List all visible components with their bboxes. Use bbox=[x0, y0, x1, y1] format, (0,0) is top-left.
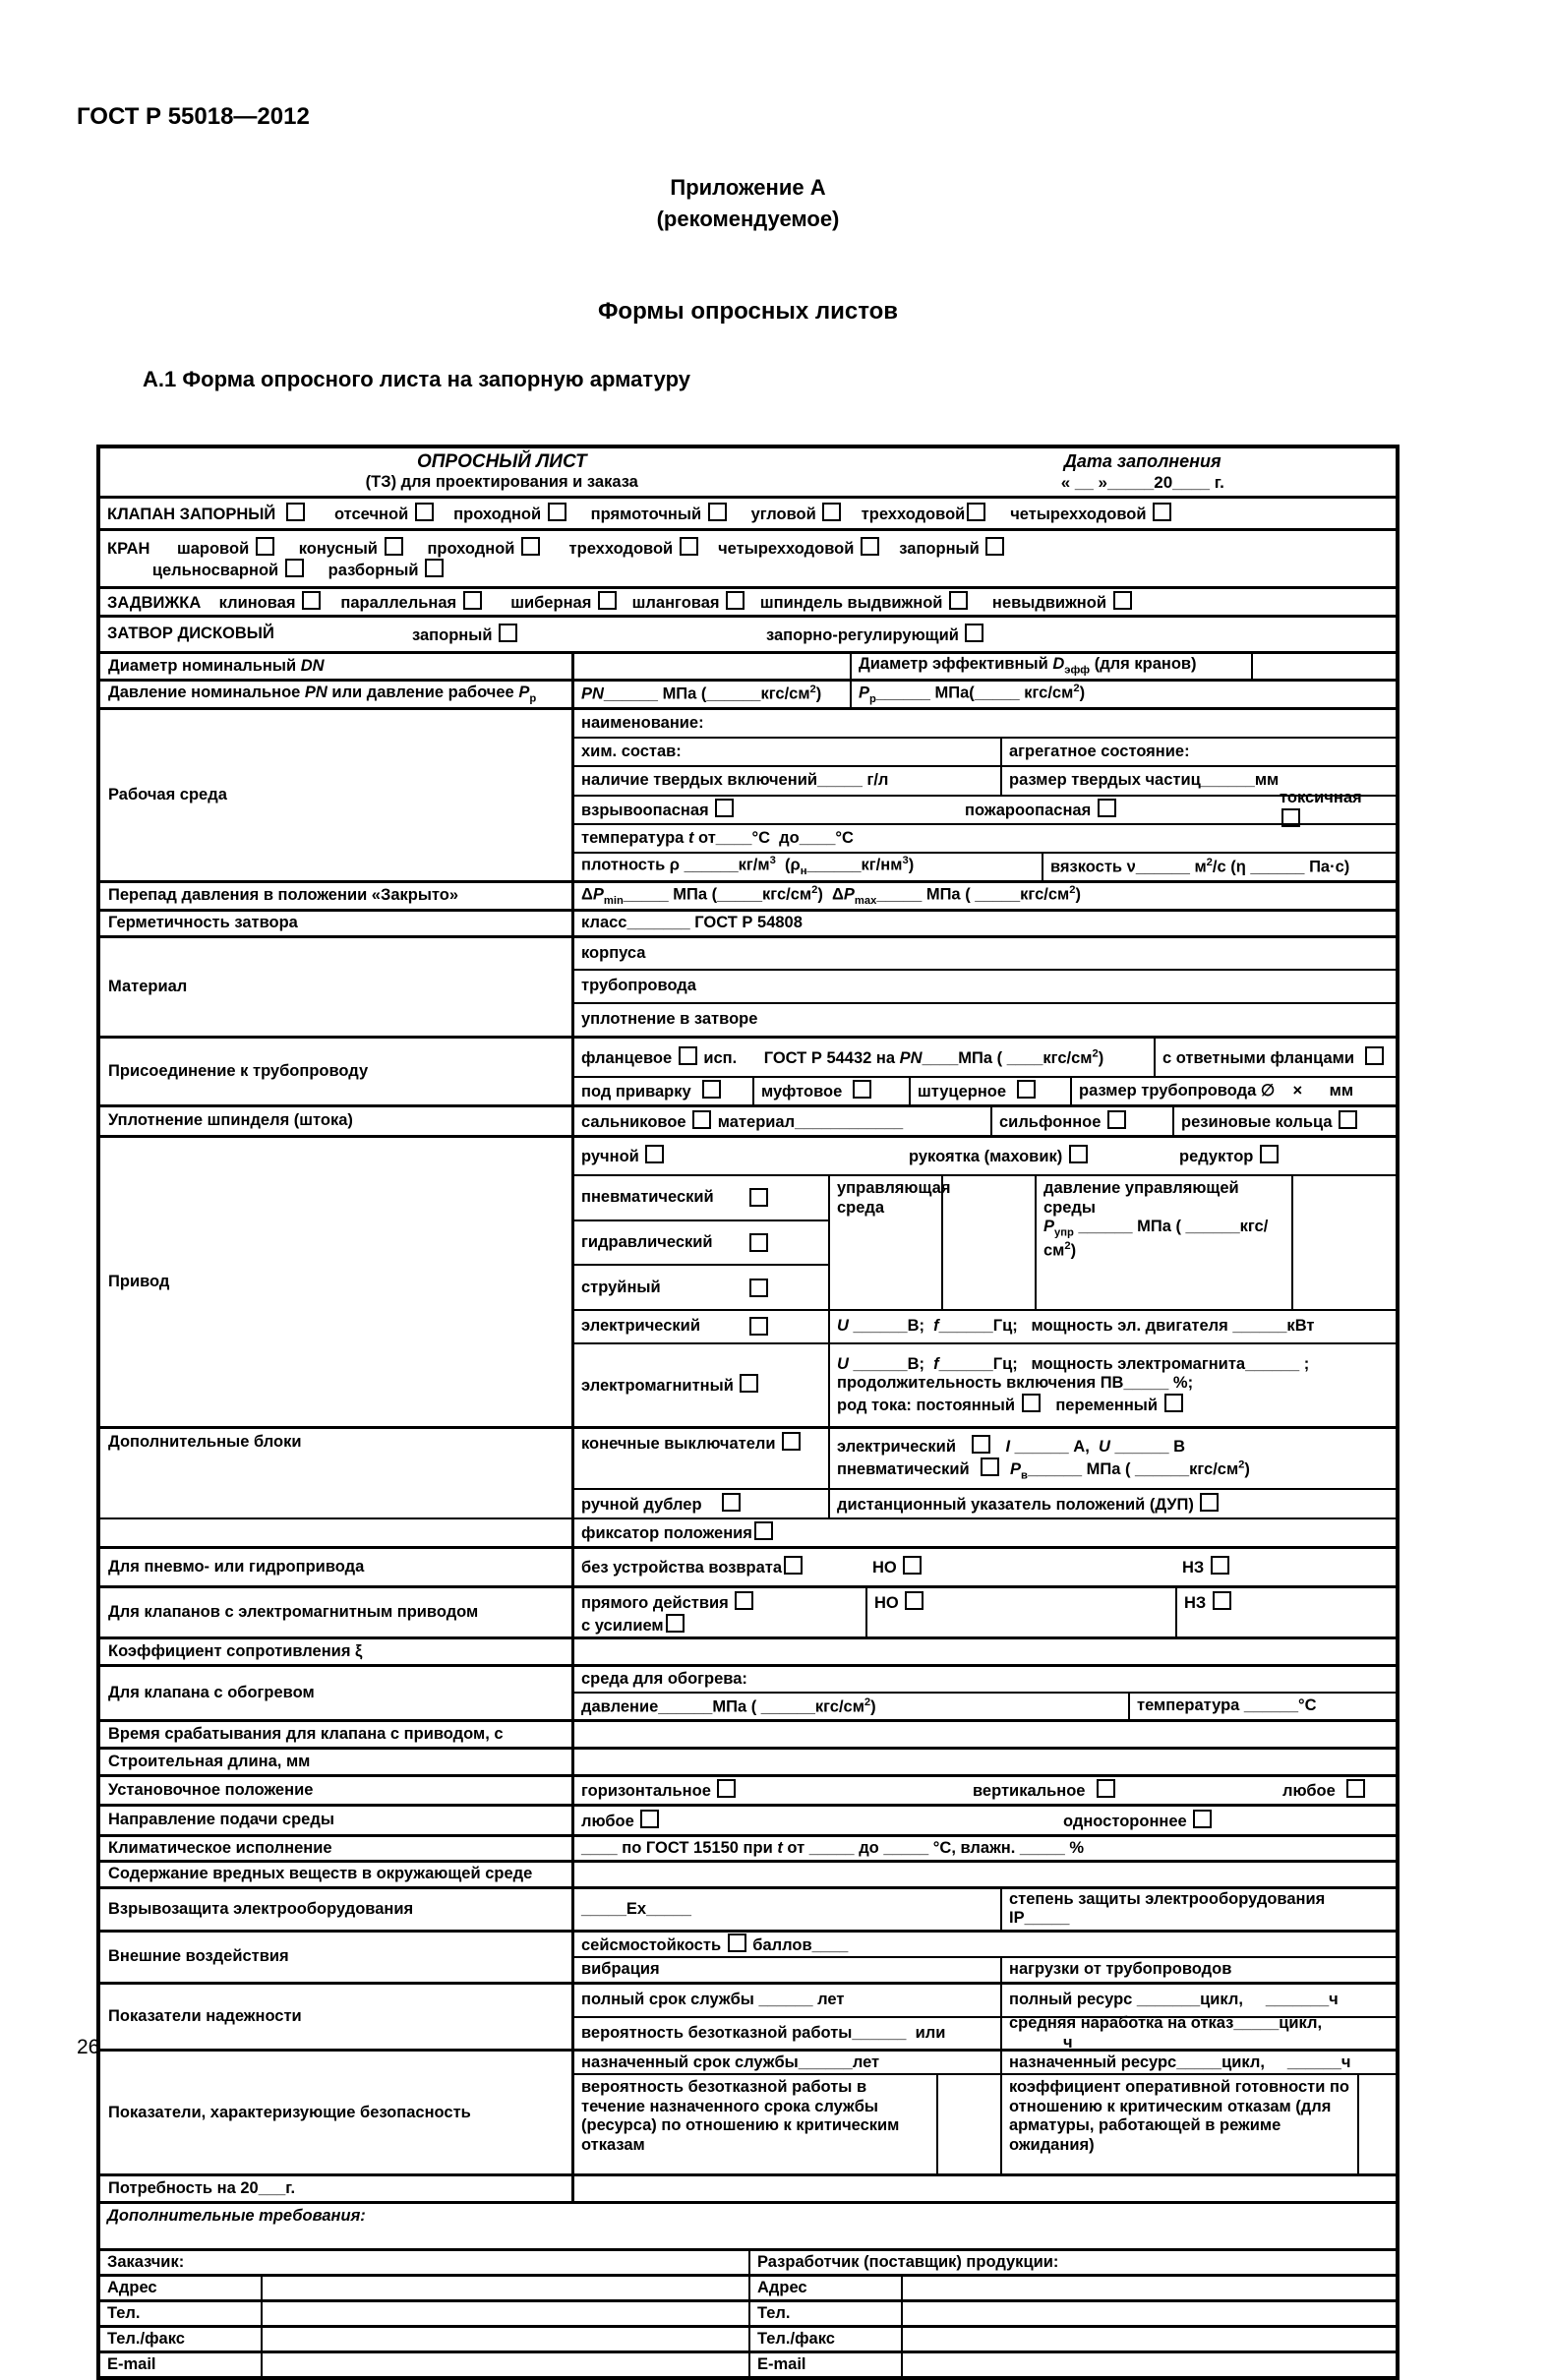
form-row-label: Герметичность затвора bbox=[100, 912, 571, 935]
checkbox[interactable] bbox=[782, 1432, 801, 1451]
form-cell: штуцерное bbox=[909, 1078, 1070, 1104]
form-row: хим. состав:агрегатное состояние: bbox=[574, 737, 1396, 765]
checkbox[interactable] bbox=[1339, 1110, 1357, 1129]
form-row-label: Взрывозащита электрооборудования bbox=[100, 1889, 571, 1930]
form-row: назначенный срок службы______летназначен… bbox=[574, 2052, 1396, 2073]
form-cell: сальниковое материал____________ bbox=[574, 1107, 990, 1135]
form-cell: без устройства возврата bbox=[574, 1549, 865, 1585]
form-cell: НО bbox=[865, 1549, 1175, 1585]
form-cell bbox=[574, 1639, 1396, 1664]
form-row-label: Потребность на 20___г. bbox=[100, 2176, 571, 2201]
form-row-label: Перепад давления в положении «Закрыто» bbox=[100, 883, 571, 909]
form-cell: НЗ bbox=[1175, 1549, 1396, 1585]
form-row: Диаметр эффективный Dэфф (для кранов) bbox=[574, 654, 1396, 679]
form-cell: конечные выключатели bbox=[574, 1429, 828, 1488]
form-cell: запорно-регулирующий bbox=[759, 618, 1396, 651]
checkbox[interactable] bbox=[1022, 1394, 1041, 1412]
form-cell: Разработчик (поставщик) продукции: bbox=[748, 2251, 1396, 2274]
checkbox[interactable] bbox=[715, 799, 734, 817]
form-row: горизонтальное вертикальное любое bbox=[574, 1777, 1396, 1804]
form-date-block: Дата заполнения « __ »_____20____ г. bbox=[904, 451, 1396, 492]
form-band: КЛАПАН ЗАПОРНЫЙ отсечной проходной прямо… bbox=[100, 496, 1396, 528]
checkbox[interactable] bbox=[1193, 1810, 1212, 1828]
form-cell: резиновые кольца bbox=[1172, 1107, 1396, 1135]
form-row: ручной рукоятка (маховик) редуктор bbox=[574, 1138, 1396, 1174]
checkbox[interactable] bbox=[1213, 1591, 1231, 1610]
appendix-subtitle: (рекомендуемое) bbox=[96, 204, 1400, 235]
checkbox[interactable] bbox=[679, 1046, 697, 1065]
form-row: ____ по ГОСТ 15150 при t от _____ до ___… bbox=[574, 1837, 1396, 1860]
form-cell: фланцевое исп. ГОСТ Р 54432 на PN____МПа… bbox=[574, 1039, 1154, 1076]
form-row: ЗАТВОР ДИСКОВЫЙзапорный запорно-регулиру… bbox=[100, 618, 1396, 651]
form-cell: горизонтальное bbox=[574, 1777, 966, 1804]
form-band: Направление подачи средылюбое односторон… bbox=[100, 1804, 1396, 1834]
form-cell: Адрес bbox=[100, 2277, 261, 2299]
checkbox[interactable] bbox=[985, 537, 1004, 556]
form-cell: ручной дублер bbox=[574, 1490, 828, 1517]
form-date-label: Дата заполнения bbox=[904, 451, 1382, 472]
checkbox[interactable] bbox=[708, 503, 727, 521]
checkbox[interactable] bbox=[286, 503, 305, 521]
form-cell: E-mail bbox=[748, 2353, 901, 2376]
form-row bbox=[574, 1750, 1396, 1774]
form-cell: класс_______ ГОСТ Р 54808 bbox=[574, 912, 1396, 935]
form-row-label: Уплотнение шпинделя (штока) bbox=[100, 1107, 571, 1135]
checkbox[interactable] bbox=[735, 1591, 753, 1610]
form-cell: управляющая среда bbox=[828, 1176, 941, 1309]
form-band: Потребность на 20___г. bbox=[100, 2173, 1396, 2201]
form-cell: давление управляющей средыPупр ______ МП… bbox=[1035, 1176, 1291, 1309]
form-row: ручной дублер дистанционный указатель по… bbox=[574, 1488, 1396, 1517]
checkbox[interactable] bbox=[853, 1080, 871, 1099]
checkbox[interactable] bbox=[415, 503, 434, 521]
form-cell: редуктор bbox=[1172, 1138, 1396, 1174]
form-cell: пневматический гидравлический струйный bbox=[574, 1176, 828, 1309]
form-row-label: Для пневмо- или гидропривода bbox=[100, 1549, 571, 1585]
form-cell: Тел. bbox=[100, 2302, 261, 2325]
form-cell: электромагнитный bbox=[574, 1344, 828, 1426]
form-cell: НЗ bbox=[1175, 1588, 1396, 1636]
checkbox[interactable] bbox=[1211, 1556, 1229, 1575]
form-row-label: Направление подачи среды bbox=[100, 1807, 571, 1834]
checkbox[interactable] bbox=[598, 591, 617, 610]
checkbox[interactable] bbox=[949, 591, 968, 610]
form-cell: трубопровода bbox=[574, 971, 1396, 1002]
checkbox[interactable] bbox=[905, 1591, 923, 1610]
checkbox[interactable] bbox=[749, 1233, 768, 1252]
form-row: сальниковое материал____________сильфонн… bbox=[574, 1107, 1396, 1135]
form-cell: температура t от____°С до____°С bbox=[574, 825, 1396, 852]
form-cell: ЗАТВОР ДИСКОВЫЙ bbox=[100, 618, 405, 651]
form-cell: одностороннее bbox=[1056, 1807, 1396, 1834]
form-cell: PN______ МПа (______кгс/см2) bbox=[574, 682, 850, 708]
checkbox[interactable] bbox=[702, 1080, 721, 1099]
form-subtitle: (ТЗ) для проектирования и заказа bbox=[100, 473, 904, 492]
form-band: Для пневмо- или гидроприводабез устройст… bbox=[100, 1546, 1396, 1585]
form-row bbox=[574, 1863, 1396, 1885]
form-row: электрический U ______В; f______Гц; мощн… bbox=[574, 1309, 1396, 1342]
form-title: ОПРОСНЫЙ ЛИСТ bbox=[100, 451, 904, 473]
checkbox[interactable] bbox=[640, 1810, 659, 1828]
form-cell: Заказчик: bbox=[100, 2251, 748, 2274]
checkbox[interactable] bbox=[645, 1145, 664, 1163]
form-cell: сильфонное bbox=[990, 1107, 1172, 1135]
form-cell: вероятность безотказной работы в течение… bbox=[574, 2075, 936, 2173]
checkbox[interactable] bbox=[1200, 1493, 1219, 1512]
checkbox[interactable] bbox=[967, 503, 985, 521]
form-cell: плотность ρ ______кг/м3 (ρн______кг/нм3) bbox=[574, 854, 1042, 880]
form-band: Содержание вредных веществ в окружающей … bbox=[100, 1860, 1396, 1885]
form-row: ΔPmin_____ МПа (_____кгс/см2) ΔPmax_____… bbox=[574, 883, 1396, 909]
form-cell bbox=[941, 1176, 1035, 1309]
form-band: Приводручной рукоятка (маховик) редуктор… bbox=[100, 1135, 1396, 1426]
checkbox[interactable] bbox=[1346, 1779, 1365, 1798]
form-row: вероятность безотказной работы______ или… bbox=[574, 2016, 1396, 2049]
form-row: электромагнитный U ______В; f______Гц; м… bbox=[574, 1342, 1396, 1426]
form-row-label: Климатическое исполнение bbox=[100, 1837, 571, 1860]
form-row: _____Ех_____степень защиты электрооборуд… bbox=[574, 1889, 1396, 1930]
form-row: вибрациянагрузки от трубопроводов bbox=[574, 1956, 1396, 1982]
form-cell: давление______МПа ( ______кгс/см2) bbox=[574, 1694, 1128, 1719]
checkbox[interactable] bbox=[385, 537, 403, 556]
checkbox[interactable] bbox=[548, 503, 566, 521]
form-cell: назначенный ресурс_____цикл, ______ч bbox=[1000, 2052, 1396, 2073]
form-row-label bbox=[100, 1519, 571, 1546]
checkbox[interactable] bbox=[861, 537, 879, 556]
form-band: Рабочая среданаименование:хим. состав:аг… bbox=[100, 707, 1396, 880]
form-cell: _____Ех_____ bbox=[574, 1889, 1000, 1930]
checkbox[interactable] bbox=[1098, 799, 1116, 817]
checkbox[interactable] bbox=[740, 1374, 758, 1393]
form-cell: Адрес bbox=[748, 2277, 901, 2299]
form-cell: среда для обогрева: bbox=[574, 1667, 1396, 1692]
form-row: ЗАДВИЖКА клиновая параллельная шиберная … bbox=[100, 589, 1396, 615]
form-row: давление______МПа ( ______кгс/см2)темпер… bbox=[574, 1692, 1396, 1719]
form-cell: температура ______°С bbox=[1128, 1694, 1396, 1719]
form-row-label: Материал bbox=[100, 938, 571, 1036]
form-row bbox=[574, 1639, 1396, 1664]
form-band: КРАН шаровой конусный проходной трехходо… bbox=[100, 528, 1396, 586]
form-row: пневматический гидравлический струйный у… bbox=[574, 1174, 1396, 1309]
form-cell: Тел. bbox=[748, 2302, 901, 2325]
form-cell bbox=[261, 2353, 748, 2376]
form-row: наличие твердых включений_____ г/лразмер… bbox=[574, 765, 1396, 794]
checkbox[interactable] bbox=[1097, 1779, 1115, 1798]
form-row: среда для обогрева: bbox=[574, 1667, 1396, 1692]
form-row-label: Содержание вредных веществ в окружающей … bbox=[100, 1863, 571, 1885]
form-cell: ΔPmin_____ МПа (_____кгс/см2) ΔPmax_____… bbox=[574, 883, 1396, 909]
form-row-label: Установочное положение bbox=[100, 1777, 571, 1804]
checkbox[interactable] bbox=[302, 591, 321, 610]
checkbox[interactable] bbox=[463, 591, 482, 610]
form-band: Герметичность затворакласс_______ ГОСТ Р… bbox=[100, 909, 1396, 935]
form-row: сейсмостойкость баллов____ bbox=[574, 1933, 1396, 1956]
form-cell bbox=[901, 2353, 1396, 2376]
form-band: Дополнительные блокиконечные выключатели… bbox=[100, 1426, 1396, 1517]
form-row-label: Для клапана с обогревом bbox=[100, 1667, 571, 1719]
form-band: Уплотнение шпинделя (штока)сальниковое м… bbox=[100, 1104, 1396, 1135]
subsection-title: А.1 Форма опросного листа на запорную ар… bbox=[143, 367, 690, 392]
form-row-label: Привод bbox=[100, 1138, 571, 1426]
checkbox[interactable] bbox=[972, 1435, 990, 1454]
form-date-line[interactable]: « __ »_____20____ г. bbox=[904, 473, 1382, 493]
checkbox[interactable] bbox=[981, 1458, 999, 1476]
form-band: Заказчик:Разработчик (поставщик) продукц… bbox=[100, 2248, 1396, 2274]
form-header-main: ОПРОСНЫЙ ЛИСТ (ТЗ) для проектирования и … bbox=[100, 451, 904, 493]
form-band: Для клапанов с электромагнитным приводом… bbox=[100, 1585, 1396, 1636]
form-cell bbox=[1291, 1176, 1396, 1309]
form-band: Для клапана с обогревомсреда для обогрев… bbox=[100, 1664, 1396, 1719]
form-row: любое одностороннее bbox=[574, 1807, 1396, 1834]
form-row: фиксатор положения bbox=[574, 1519, 1396, 1546]
form-band: АдресАдрес bbox=[100, 2274, 1396, 2299]
form-cell bbox=[574, 1722, 1396, 1747]
form-cell: электрический I ______ А, U ______ Впнев… bbox=[828, 1429, 1396, 1488]
form-band: E-mailE-mail bbox=[100, 2350, 1396, 2376]
form-band: Тел./факсТел./факс bbox=[100, 2325, 1396, 2350]
form-cell: Диаметр эффективный Dэфф (для кранов) bbox=[850, 654, 1251, 679]
checkbox[interactable] bbox=[1069, 1145, 1088, 1163]
checkbox[interactable] bbox=[285, 559, 304, 577]
form-cell: Pр______ МПа(_____ кгс/см2) bbox=[850, 682, 1396, 708]
form-row: прямого действия с усилиемНО НЗ bbox=[574, 1588, 1396, 1636]
form-row: АдресАдрес bbox=[100, 2277, 1396, 2299]
form-cell: ЗАДВИЖКА клиновая параллельная шиберная … bbox=[100, 589, 1396, 615]
checkbox[interactable] bbox=[749, 1279, 768, 1297]
form-cell bbox=[1357, 2075, 1396, 2173]
form-cell: с ответными фланцами bbox=[1154, 1039, 1396, 1076]
checkbox[interactable] bbox=[1153, 503, 1171, 521]
form-row-label: Показатели, характеризующие безопасность bbox=[100, 2052, 571, 2173]
form-cell bbox=[901, 2328, 1396, 2350]
form-band: Материалкорпусатрубопроводауплотнение в … bbox=[100, 935, 1396, 1036]
form-cell: полный срок службы ______ лет bbox=[574, 1985, 1000, 2015]
form-cell: вероятность безотказной работы______ или bbox=[574, 2018, 1000, 2049]
form-row: Тел./факсТел./факс bbox=[100, 2328, 1396, 2350]
form-band: фиксатор положения bbox=[100, 1517, 1396, 1546]
form-band: Строительная длина, мм bbox=[100, 1747, 1396, 1774]
doc-number: ГОСТ Р 55018—2012 bbox=[77, 103, 310, 131]
form-row: полный срок службы ______ летполный ресу… bbox=[574, 1985, 1396, 2015]
form-cell: токсичная bbox=[1273, 797, 1396, 823]
form-cell: Тел./факс bbox=[100, 2328, 261, 2350]
form-band: Время срабатывания для клапана с приводо… bbox=[100, 1719, 1396, 1747]
form-cell bbox=[261, 2277, 748, 2299]
checkbox[interactable] bbox=[784, 1556, 803, 1575]
checkbox[interactable] bbox=[1113, 591, 1132, 610]
form-cell: вязкость ν______ м2/с (η ______ Па·с) bbox=[1042, 854, 1396, 880]
form-row-label: Рабочая среда bbox=[100, 710, 571, 880]
form-row-label: Внешние воздействия bbox=[100, 1933, 571, 1982]
form-cell: коэффициент оперативной готовности по от… bbox=[1000, 2075, 1357, 2173]
form-cell: нагрузки от трубопроводов bbox=[1000, 1958, 1396, 1982]
form-band: Коэффициент сопротивления ξ bbox=[100, 1636, 1396, 1664]
checkbox[interactable] bbox=[749, 1317, 768, 1336]
form-cell: пожароопасная bbox=[958, 797, 1273, 823]
form-band: Внешние воздействиясейсмостойкость балло… bbox=[100, 1930, 1396, 1982]
checkbox[interactable] bbox=[499, 624, 517, 642]
checkbox[interactable] bbox=[728, 1934, 746, 1952]
form-row: плотность ρ ______кг/м3 (ρн______кг/нм3)… bbox=[574, 852, 1396, 880]
form-cell bbox=[574, 1863, 1396, 1885]
form-row: PN______ МПа (______кгс/см2)Pр______ МПа… bbox=[574, 682, 1396, 708]
form-band: Климатическое исполнение____ по ГОСТ 151… bbox=[100, 1834, 1396, 1860]
form-cell: уплотнение в затворе bbox=[574, 1004, 1396, 1036]
form-row: Тел.Тел. bbox=[100, 2302, 1396, 2325]
form-row-label: Для клапанов с электромагнитным приводом bbox=[100, 1588, 571, 1636]
order-form: ОПРОСНЫЙ ЛИСТ (ТЗ) для проектирования и … bbox=[96, 445, 1400, 2380]
form-cell bbox=[574, 1750, 1396, 1774]
form-row: конечные выключатели электрический I ___… bbox=[574, 1429, 1396, 1488]
form-band: Присоединение к трубопроводуфланцевое ис… bbox=[100, 1036, 1396, 1104]
form-row-label: Давление номинальное PN или давление раб… bbox=[100, 682, 571, 708]
form-band: ЗАДВИЖКА клиновая параллельная шиберная … bbox=[100, 586, 1396, 615]
form-cell: КРАН шаровой конусный проходной трехходо… bbox=[100, 531, 1396, 586]
form-row bbox=[574, 2176, 1396, 2201]
form-row: корпуса bbox=[574, 938, 1396, 969]
checkbox[interactable] bbox=[1164, 1394, 1183, 1412]
form-cell: любое bbox=[1276, 1777, 1396, 1804]
form-cell: полный ресурс _______цикл, _______ч bbox=[1000, 1985, 1396, 2015]
form-cell bbox=[261, 2302, 748, 2325]
checkbox[interactable] bbox=[903, 1556, 922, 1575]
form-row-label: Коэффициент сопротивления ξ bbox=[100, 1639, 571, 1664]
form-cell bbox=[574, 2176, 1396, 2201]
form-header: ОПРОСНЫЙ ЛИСТ (ТЗ) для проектирования и … bbox=[100, 448, 1396, 496]
form-cell: вибрация bbox=[574, 1958, 1000, 1982]
form-row: Заказчик:Разработчик (поставщик) продукц… bbox=[100, 2251, 1396, 2274]
form-row: уплотнение в затворе bbox=[574, 1002, 1396, 1036]
form-cell: запорный bbox=[405, 618, 759, 651]
checkbox[interactable] bbox=[680, 537, 698, 556]
checkbox[interactable] bbox=[256, 537, 274, 556]
form-cell: Дополнительные требования: bbox=[100, 2204, 1396, 2248]
checkbox[interactable] bbox=[754, 1521, 773, 1540]
form-band: Взрывозащита электрооборудования_____Ех_… bbox=[100, 1886, 1396, 1930]
checkbox[interactable] bbox=[1365, 1046, 1384, 1065]
form-band: Перепад давления в положении «Закрыто»ΔP… bbox=[100, 880, 1396, 909]
form-cell: степень защиты электрооборудования IP___… bbox=[1000, 1889, 1396, 1930]
checkbox[interactable] bbox=[521, 537, 540, 556]
form-band: Установочное положениегоризонтальное вер… bbox=[100, 1774, 1396, 1804]
checkbox[interactable] bbox=[1260, 1145, 1279, 1163]
form-cell: КЛАПАН ЗАПОРНЫЙ отсечной проходной прямо… bbox=[100, 499, 1396, 528]
form-cell: Тел./факс bbox=[748, 2328, 901, 2350]
form-band: Давление номинальное PN или давление раб… bbox=[100, 679, 1396, 708]
checkbox[interactable] bbox=[1107, 1110, 1126, 1129]
form-cell: хим. состав: bbox=[574, 739, 1000, 765]
form-row: Дополнительные требования: bbox=[100, 2204, 1396, 2248]
form-row: трубопровода bbox=[574, 969, 1396, 1002]
form-cell: назначенный срок службы______лет bbox=[574, 2052, 1000, 2073]
form-cell: любое bbox=[574, 1807, 1056, 1834]
appendix-title: Приложение А bbox=[96, 172, 1400, 204]
form-row bbox=[574, 1722, 1396, 1747]
checkbox[interactable] bbox=[722, 1493, 741, 1512]
checkbox[interactable] bbox=[425, 559, 444, 577]
checkbox[interactable] bbox=[717, 1779, 736, 1798]
appendix-heading: Приложение А (рекомендуемое) bbox=[96, 172, 1400, 235]
form-band: Диаметр номинальный DNДиаметр эффективны… bbox=[100, 651, 1396, 679]
form-cell: средняя наработка на отказ_____цикл, ___… bbox=[1000, 2018, 1396, 2049]
checkbox[interactable] bbox=[822, 503, 841, 521]
checkbox[interactable] bbox=[726, 591, 745, 610]
form-row: температура t от____°С до____°С bbox=[574, 823, 1396, 852]
form-cell: взрывоопасная bbox=[574, 797, 958, 823]
form-row: КЛАПАН ЗАПОРНЫЙ отсечной проходной прямо… bbox=[100, 499, 1396, 528]
form-cell: вертикальное bbox=[966, 1777, 1276, 1804]
form-cell: муфтовое bbox=[752, 1078, 909, 1104]
form-cell bbox=[1251, 654, 1396, 679]
form-row: под приварку муфтовое штуцерное размер т… bbox=[574, 1076, 1396, 1104]
form-row-label: Показатели надежности bbox=[100, 1985, 571, 2049]
form-row: вероятность безотказной работы в течение… bbox=[574, 2073, 1396, 2173]
form-row-label: Строительная длина, мм bbox=[100, 1750, 571, 1774]
form-cell: U ______В; f______Гц; мощность электрома… bbox=[828, 1344, 1396, 1426]
checkbox[interactable] bbox=[965, 624, 983, 642]
form-cell: сейсмостойкость баллов____ bbox=[574, 1933, 1396, 1956]
form-row-label: Дополнительные блоки bbox=[100, 1429, 571, 1517]
checkbox[interactable] bbox=[692, 1110, 711, 1129]
form-cell bbox=[936, 2075, 1000, 2173]
form-cell: ручной bbox=[574, 1138, 902, 1174]
form-cell bbox=[261, 2328, 748, 2350]
checkbox[interactable] bbox=[749, 1188, 768, 1207]
form-row-label: Диаметр номинальный DN bbox=[100, 654, 571, 679]
form-cell: размер трубопровода ∅ × мм bbox=[1070, 1078, 1396, 1104]
form-cell bbox=[901, 2277, 1396, 2299]
form-row: без устройства возвратаНО НЗ bbox=[574, 1549, 1396, 1585]
form-row: взрывоопасная пожароопасная токсичная bbox=[574, 795, 1396, 823]
form-row: класс_______ ГОСТ Р 54808 bbox=[574, 912, 1396, 935]
form-band: Показатели надежностиполный срок службы … bbox=[100, 1982, 1396, 2049]
form-row-label: Присоединение к трубопроводу bbox=[100, 1039, 571, 1104]
form-cell: E-mail bbox=[100, 2353, 261, 2376]
form-cell: наличие твердых включений_____ г/л bbox=[574, 767, 1000, 794]
form-cell: ____ по ГОСТ 15150 при t от _____ до ___… bbox=[574, 1837, 1396, 1860]
form-cell: фиксатор положения bbox=[574, 1519, 1396, 1546]
form-cell bbox=[901, 2302, 1396, 2325]
form-row: E-mailE-mail bbox=[100, 2353, 1396, 2376]
form-cell: под приварку bbox=[574, 1078, 752, 1104]
form-row: наименование: bbox=[574, 710, 1396, 737]
form-row-label: Время срабатывания для клапана с приводо… bbox=[100, 1722, 571, 1747]
form-band: Показатели, характеризующие безопасность… bbox=[100, 2049, 1396, 2173]
form-cell: корпуса bbox=[574, 938, 1396, 969]
form-cell bbox=[574, 654, 850, 679]
section-title: Формы опросных листов bbox=[96, 298, 1400, 326]
form-cell: рукоятка (маховик) bbox=[902, 1138, 1172, 1174]
form-cell: НО bbox=[865, 1588, 1175, 1636]
checkbox[interactable] bbox=[666, 1614, 685, 1633]
checkbox[interactable] bbox=[1017, 1080, 1036, 1099]
form-band: Тел.Тел. bbox=[100, 2299, 1396, 2325]
page-number: 26 bbox=[77, 2036, 99, 2059]
form-cell: агрегатное состояние: bbox=[1000, 739, 1396, 765]
form-cell: прямого действия с усилием bbox=[574, 1588, 865, 1636]
form-cell: дистанционный указатель положений (ДУП) bbox=[828, 1490, 1396, 1517]
form-row: КРАН шаровой конусный проходной трехходо… bbox=[100, 531, 1396, 586]
form-band: ЗАТВОР ДИСКОВЫЙзапорный запорно-регулиру… bbox=[100, 615, 1396, 651]
form-band: Дополнительные требования: bbox=[100, 2201, 1396, 2248]
form-row: фланцевое исп. ГОСТ Р 54432 на PN____МПа… bbox=[574, 1039, 1396, 1076]
form-cell: наименование: bbox=[574, 710, 1396, 737]
form-cell: электрический bbox=[574, 1311, 828, 1342]
form-cell: U ______В; f______Гц; мощность эл. двига… bbox=[828, 1311, 1396, 1342]
